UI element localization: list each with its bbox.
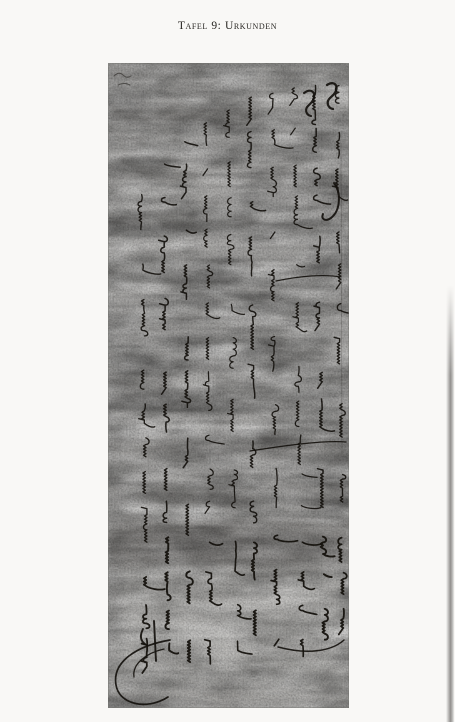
film-grain [108, 63, 349, 708]
book-page-edge-shadow [446, 285, 454, 722]
book-plate-page: { "page": { "title": "Tafel 9: Urkunden"… [0, 0, 455, 722]
manuscript-photo [108, 63, 349, 708]
plate-caption: Tafel 9: Urkunden [0, 20, 455, 32]
manuscript-facsimile [108, 63, 349, 708]
